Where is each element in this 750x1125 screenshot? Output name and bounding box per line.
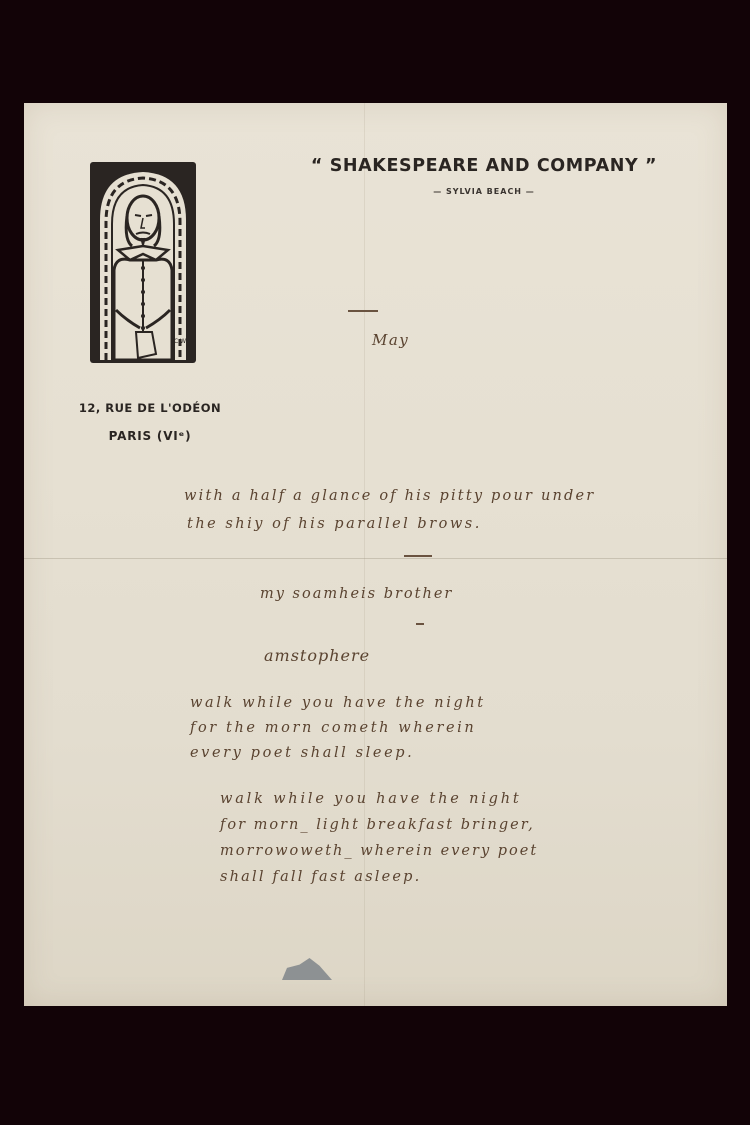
- handwritten-line: for the morn cometh wherein: [190, 720, 476, 736]
- handwritten-line: shall fall fast asleep.: [220, 869, 421, 885]
- letterhead-subtitle: — SYLVIA BEACH —: [274, 187, 694, 196]
- handwritten-line: every poet shall sleep.: [190, 745, 414, 761]
- handwritten-line: the shiy of his parallel brows.: [187, 516, 482, 532]
- fold-crease-horizontal: [24, 558, 727, 559]
- handwritten-line: my soamheis brother: [260, 586, 453, 602]
- handwritten-line: with a half a glance of his pitty pour u…: [184, 488, 595, 504]
- pencil-mark: [348, 310, 378, 312]
- handwritten-separator: [416, 623, 424, 625]
- paper-damage-stain: [282, 958, 332, 980]
- letterhead-address-street: 12, RUE DE L'ODÉON: [60, 401, 240, 415]
- handwritten-line: amstophere: [264, 646, 370, 665]
- handwritten-line: morrowoweth_ wherein every poet: [220, 843, 538, 859]
- handwritten-line: walk while you have the night: [190, 695, 486, 711]
- letterhead-address-city: PARIS (VIᵉ): [60, 429, 240, 443]
- handwritten-separator: [404, 555, 432, 557]
- svg-text:C.W.: C.W.: [174, 338, 187, 345]
- letterhead-title: “ SHAKESPEARE AND COMPANY ”: [274, 156, 694, 176]
- shakespeare-portrait-icon: C.W.: [88, 160, 198, 365]
- handwritten-line: for morn_ light breakfast bringer,: [220, 817, 535, 833]
- handwritten-line: walk while you have the night: [220, 791, 522, 807]
- handwritten-date: May: [372, 331, 409, 349]
- letter-sheet: C.W. “ SHAKESPEARE AND COMPANY ” — SYLVI…: [24, 103, 727, 1006]
